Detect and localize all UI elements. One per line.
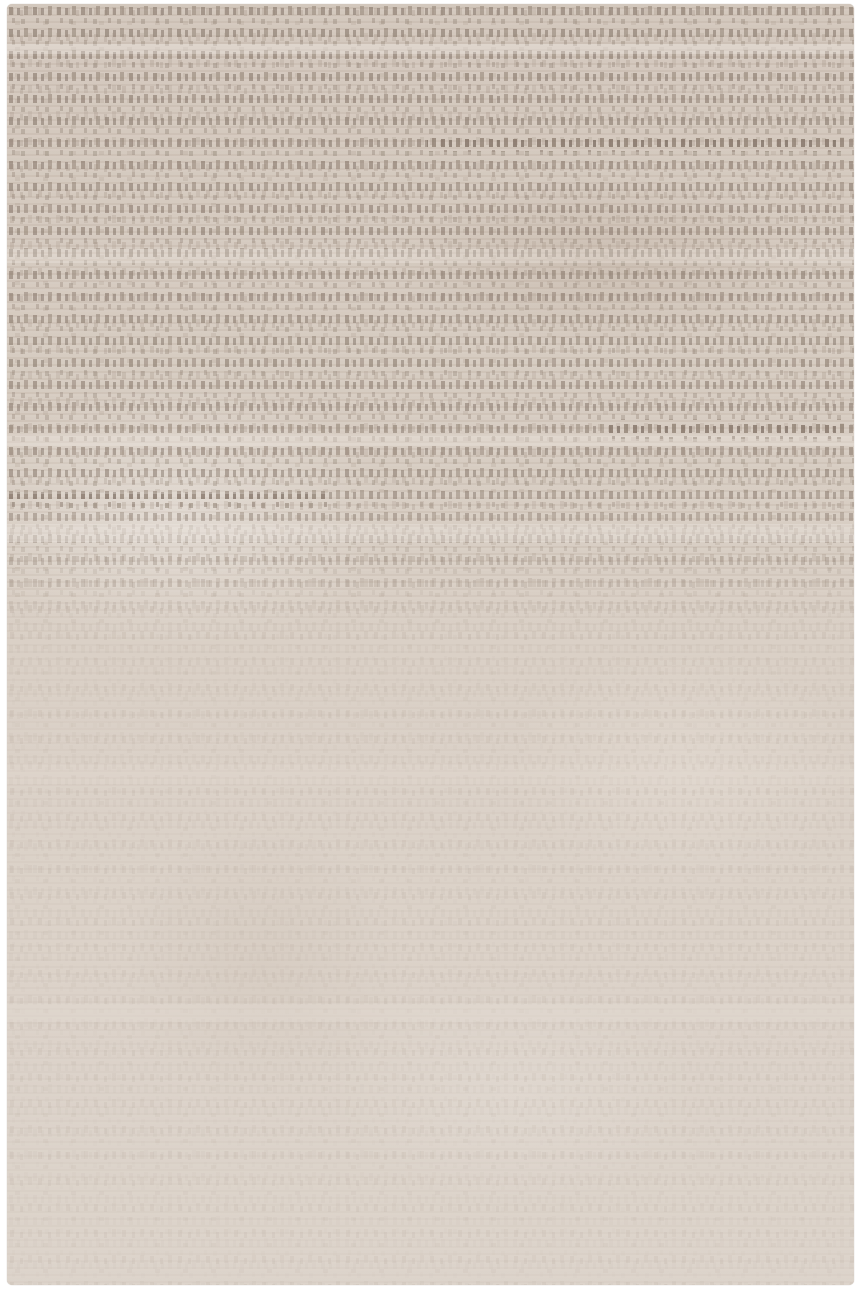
rug bbox=[7, 4, 854, 1285]
rug-lower-fade bbox=[7, 564, 854, 1285]
